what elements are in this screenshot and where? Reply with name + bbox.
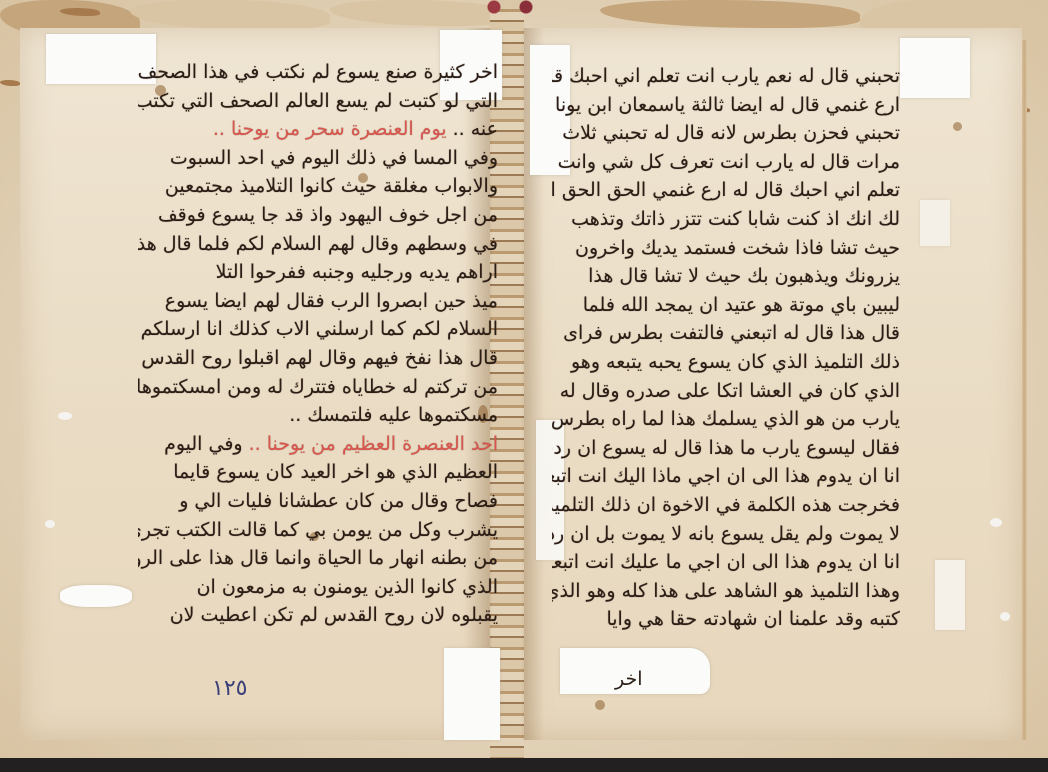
text-line: فقال ليسوع يارب ما هذا قال له يسوع ان رد… — [552, 434, 900, 463]
text-line: تحبني فحزن بطرس لانه قال له تحبني ثلاث — [552, 119, 900, 148]
torn-edge-fragment — [0, 80, 20, 86]
text-line: ليبين باي موتة هو عتيد ان يمجد الله فلما — [552, 291, 900, 320]
paper-repair-patch — [900, 38, 970, 98]
paper-repair-patch — [60, 585, 132, 607]
text-line: لا يموت ولم يقل يسوع بانه لا يموت بل ان … — [552, 520, 900, 549]
text-line: التي لو كتبت لم يسع العالم الصحف التي تك… — [138, 87, 498, 116]
text-line: يشرب وكل من يومن بي كما قالت الكتب تجري — [138, 516, 498, 545]
text-line: الذي كان في العشا اتكا على صدره وقال له — [552, 377, 900, 406]
torn-edge-fragment — [130, 0, 330, 30]
text-line: لك انك اذ كنت شابا كنت تتزر ذاتك وتذهب — [552, 205, 900, 234]
text-line: تحبني قال له نعم يارب انت تعلم اني احبك … — [552, 62, 900, 91]
text-line: وهذا التلميذ هو الشاهد على هذا كله وهو ا… — [552, 577, 900, 606]
text-line: مرات قال له يارب انت تعرف كل شي وانت — [552, 148, 900, 177]
spine-headband — [470, 0, 550, 14]
ink-stain — [953, 122, 962, 131]
text-line: يزرونك ويذهبون بك حيث لا تشا قال هذا — [552, 262, 900, 291]
text-line: احد العنصرة العظيم من يوحنا .. وفي اليوم — [138, 430, 498, 459]
paper-repair-patch — [935, 560, 965, 630]
text-line: يارب من هو الذي يسلمك هذا لما راه بطرس — [552, 405, 900, 434]
text-line: ذلك التلميذ الذي كان يسوع يحبه يتبعه وهو — [552, 348, 900, 377]
manuscript-spread: اخر كثيرة صنع يسوع لم نكتب في هذا الصحف … — [0, 0, 1048, 772]
text-line: السلام لكم كما ارسلني الاب كذلك انا ارسل… — [138, 315, 498, 344]
rubric-heading: احد العنصرة العظيم من يوحنا .. — [249, 433, 498, 455]
folio-number: ١٢٥ — [212, 676, 247, 701]
catchword: اخر — [615, 668, 643, 690]
text-line: الذي كانوا الذين يومنون به مزمعون ان — [138, 573, 498, 602]
text-line: من بطنه انهار ما الحياة وانما قال هذا عل… — [138, 544, 498, 573]
text-line: في وسطهم وقال لهم السلام لكم فلما قال هذ… — [138, 230, 498, 259]
paper-repair-patch — [444, 648, 500, 740]
text-line: انا ان يدوم هذا الى ان اجي ماذا اليك انت… — [552, 462, 900, 491]
text-line: انا ان يدوم هذا الى ان اجي ما عليك انت ا… — [552, 548, 900, 577]
text-line: فخرجت هذه الكلمة في الاخوة ان ذلك التلمي… — [552, 491, 900, 520]
text-line: تعلم اني احبك قال له ارع غنمي الحق الحق … — [552, 176, 900, 205]
rubric-heading: يوم العنصرة سحر من يوحنا .. — [213, 118, 447, 140]
text-line: كتبه وقد علمنا ان شهادته حقا هي وايا — [552, 605, 900, 634]
right-page-text: تحبني قال له نعم يارب انت تعلم اني احبك … — [552, 62, 900, 634]
background-surface — [0, 758, 1048, 772]
text-line: حيث تشا فاذا شخت فستمد يديك واخرون — [552, 234, 900, 263]
text-line: ميذ حين ابصروا الرب فقال لهم ايضا يسوع — [138, 287, 498, 316]
text-line: يقبلوه لان روح القدس لم تكن اعطيت لان — [138, 601, 498, 630]
text-line: فصاح وقال من كان عطشانا فليات الي و — [138, 487, 498, 516]
text-line: مسكتموها عليه فلتمسك .. — [138, 401, 498, 430]
page-edge — [1022, 40, 1027, 740]
text-line: قال هذا قال له اتبعني فالتفت بطرس فراى — [552, 319, 900, 348]
text-line: والابواب مغلقة حيث كانوا التلاميذ مجتمعي… — [138, 172, 498, 201]
worm-hole — [990, 518, 1002, 527]
worm-hole — [1000, 612, 1010, 621]
text-line: اخر كثيرة صنع يسوع لم نكتب في هذا الصحف — [138, 58, 498, 87]
text-line: العظيم الذي هو اخر العيد كان يسوع قايما — [138, 458, 498, 487]
text-line: من اجل خوف اليهود واذ قد جا يسوع فوقف — [138, 201, 498, 230]
worm-hole — [45, 520, 55, 528]
worm-hole — [58, 412, 72, 420]
text-line: وفي المسا في ذلك اليوم في احد السبوت — [138, 144, 498, 173]
text-line: ارع غنمي قال له ايضا ثالثة ياسمعان ابن ي… — [552, 91, 900, 120]
text-line: قال هذا نفخ فيهم وقال لهم اقبلوا روح الق… — [138, 344, 498, 373]
text-line: عنه .. يوم العنصرة سحر من يوحنا .. — [138, 115, 498, 144]
text-line: اراهم يديه ورجليه وجنبه ففرحوا التلا — [138, 258, 498, 287]
ink-stain — [595, 700, 605, 710]
left-page-text: اخر كثيرة صنع يسوع لم نكتب في هذا الصحف … — [138, 58, 498, 630]
text-line: من تركتم له خطاياه فتترك له ومن امسكتموه… — [138, 373, 498, 402]
paper-repair-patch — [920, 200, 950, 246]
torn-edge-fragment — [600, 0, 860, 28]
